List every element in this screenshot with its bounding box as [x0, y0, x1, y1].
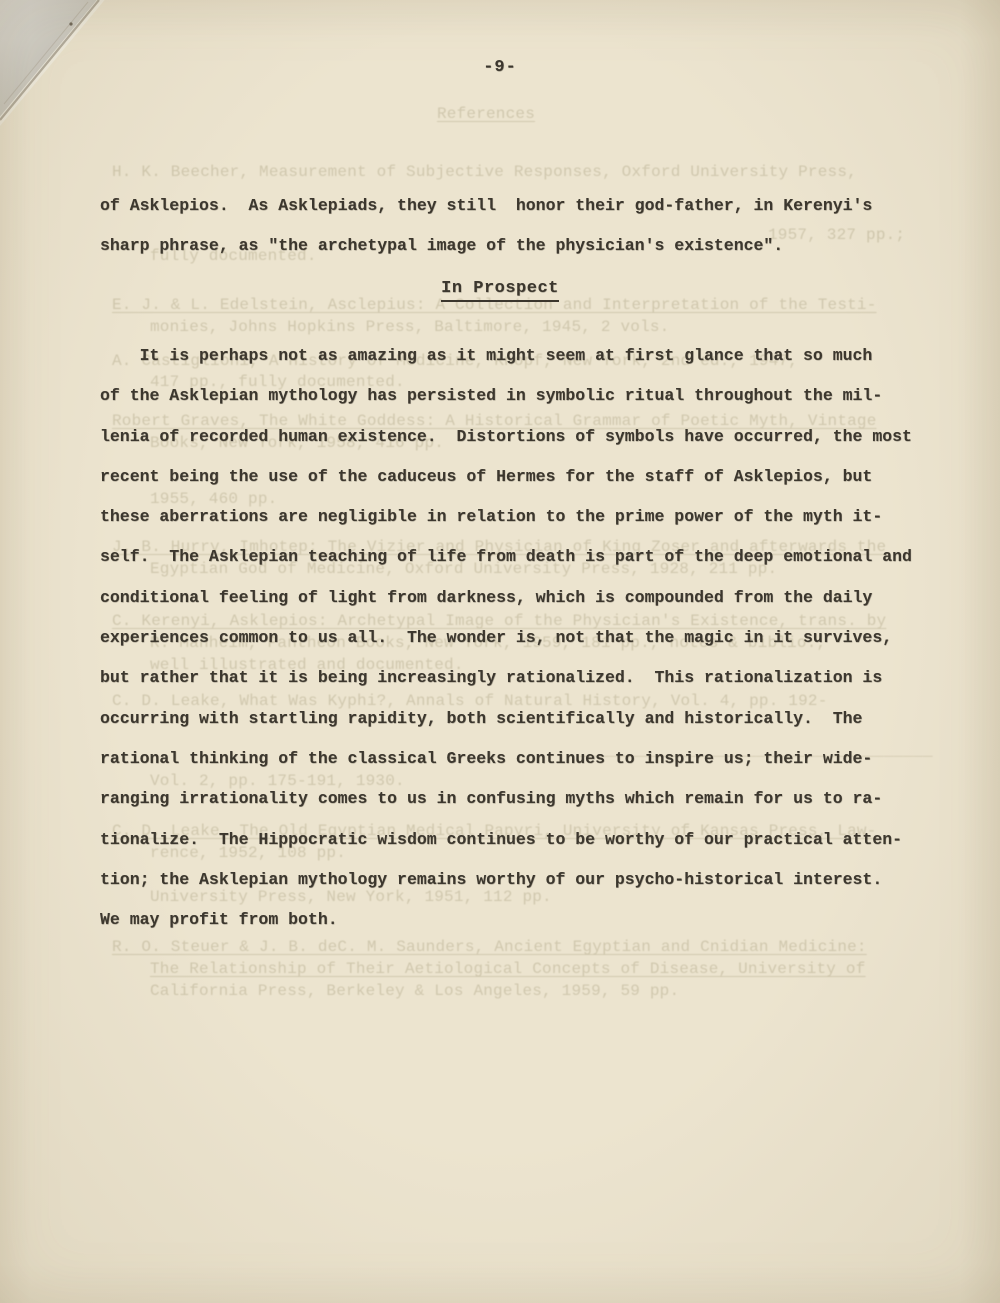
section-heading-text: In Prospect — [441, 279, 559, 302]
page-corner-fold — [0, 0, 230, 230]
paragraph-in-prospect: It is perhaps not as amazing as it might… — [100, 336, 945, 940]
scanned-page: ReferencesH. K. Beecher, Measurement of … — [0, 0, 1000, 1303]
section-heading: In Prospect — [0, 279, 1000, 302]
